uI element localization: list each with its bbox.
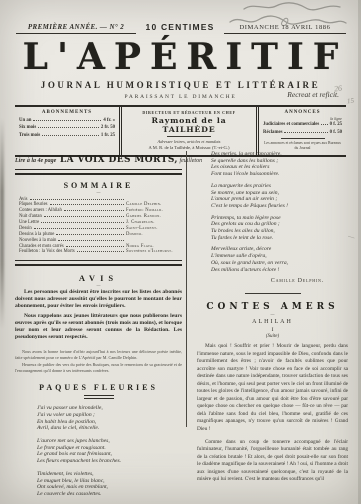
abonnement-row: Six mois 2 fr. 50 [19, 124, 115, 131]
date-line: DIMANCHE 18 AVRIL 1886 [224, 24, 346, 34]
divider-rule [167, 136, 211, 137]
avis-paragraph: Nous rappelons aux jeunes littérateurs q… [15, 313, 182, 341]
dot-leader [30, 199, 124, 200]
column-divider [186, 151, 187, 427]
abonnements-cell: ABONNEMENTS Un an 4 fr. » Six mois 2 fr.… [15, 107, 119, 155]
price-line: 10 CENTIMES [146, 22, 215, 34]
short-rule [84, 395, 114, 399]
left-edge-shadow [0, 118, 4, 328]
toc-row: Feuilleton : la Voix des MortsSosthènes … [19, 249, 182, 255]
annonce-price: 0 f. 50 [330, 129, 342, 136]
dot-leader [44, 216, 124, 217]
toc-author: Domino. [126, 232, 182, 238]
poem-stanza: Des merles, la gent cancanière, Se quere… [211, 151, 348, 178]
story-paragraph: Comme dans un coup de tonnerre accompagn… [197, 439, 348, 484]
poem-stanza: Timidement, les violettes, Le muguet ble… [37, 471, 182, 498]
director-name: Raymond de la TAILHÈDE [126, 116, 252, 134]
dot-leader [50, 204, 124, 205]
dash-ornament: — [197, 312, 348, 316]
dot-leader [77, 251, 124, 252]
dot-leader [56, 234, 124, 235]
direction-note: Adresser lettres, articles et mandats [126, 139, 252, 144]
poem-stanza: L'aurore met ses jupes blanches, Le fron… [37, 438, 182, 465]
dot-leader [66, 246, 124, 247]
dot-leader [284, 132, 327, 133]
dot-leader [41, 222, 124, 223]
toc-title: Feuilleton : la Voix des Morts [19, 249, 75, 255]
right-column: Des merles, la gent cancanière, Se quere… [197, 149, 348, 489]
abonnement-price: 2 fr. 50 [101, 124, 115, 131]
poem-stanza: J'ai vu passer une hirondelle, J'ai vu v… [37, 405, 182, 432]
abonnement-row: Un an 4 fr. » [19, 117, 115, 124]
direction-cell: DIRECTEUR ET RÉDACTEUR EN CHEF Raymond d… [119, 107, 256, 155]
paper-subtitle: JOURNAL HUMORISTIQUE ET LITTÉRAIRE [0, 80, 361, 90]
dot-leader [58, 240, 124, 241]
direction-role: DIRECTEUR ET RÉDACTEUR EN CHEF [126, 110, 252, 115]
dot-leader [42, 135, 99, 136]
poem-stanza: Printemps, ta main légère pose Des grelo… [211, 215, 348, 242]
abonnement-label: Un an [19, 117, 31, 124]
issue-line: PREMIÈRE ANNÉE. — N° 2 [16, 23, 136, 34]
poem-stanza: Merveilleux artiste, décore L'immense sa… [211, 246, 348, 273]
motto: Recreat et reficit. [287, 90, 339, 99]
dot-leader [33, 120, 101, 121]
double-rule [15, 169, 182, 175]
annonces-cell: ANNONCES la ligne Judiciaires et commerc… [256, 107, 346, 155]
poem-stanza: La marguerite des prairies Se montre, un… [211, 183, 348, 210]
contes-subtitle: ALHILAH [197, 319, 348, 325]
avis-paragraph: Les personnes qui désirent être inscrite… [15, 289, 182, 310]
left-column: Lire à la 4e page LA VOIX DES MORTS, feu… [15, 149, 182, 498]
dot-leader [38, 127, 99, 128]
abonnement-label: Trois mois [19, 132, 40, 139]
feuilleton-banner: Lire à la 4e page LA VOIX DES MORTS, feu… [15, 149, 182, 167]
dash-ornament: — [15, 190, 182, 194]
annonce-label: Réclames [263, 129, 282, 136]
feuilleton-title: LA VOIX DES MORTS, [56, 155, 178, 165]
abonnement-label: Six mois [19, 124, 36, 131]
divider-rule [281, 138, 325, 139]
poem-signature: Camille Delphin. [197, 278, 324, 284]
annonce-row: Judiciaires et commerciales 0 f. 25 [263, 121, 342, 128]
abonnement-row: Trois mois 1 fr. 25 [19, 132, 115, 139]
story-paragraph: Mais quoi ! Souffrir et prier ! Mourir d… [197, 343, 348, 433]
annonces-heading: ANNONCES [263, 110, 342, 115]
paper-title: L'APÉRITIF [0, 36, 361, 78]
double-rule [15, 260, 182, 266]
abonnement-price: 1 fr. 25 [101, 132, 115, 139]
editor-note: Nous avons la bonne fortune d'offrir auj… [15, 349, 182, 360]
header-row: PREMIÈRE ANNÉE. — N° 2 10 CENTIMES DIMAN… [16, 22, 346, 34]
dot-leader [64, 210, 124, 211]
contes-suite: (Suite) [197, 334, 348, 339]
poem-heading: PAQUES FLEURIES [15, 383, 182, 392]
feuilleton-prefix: Lire à la 4e page [15, 158, 56, 164]
annonce-row: Réclames 0 f. 50 [263, 129, 342, 136]
dot-leader [34, 228, 124, 229]
annonce-price: 0 f. 25 [330, 121, 342, 128]
abonnements-heading: ABONNEMENTS [19, 110, 115, 115]
section-rule [245, 293, 301, 294]
abonnement-price: 4 fr. » [103, 117, 115, 124]
table-of-contents: Avis Pâques fleuriesCamille Delphin. Con… [19, 197, 182, 256]
editor-note: Heureux de publier des vers du poète des… [15, 362, 182, 373]
toc-author: Sosthènes d'Illehurst. [126, 249, 182, 255]
contes-part: I [197, 327, 348, 333]
annonce-label: Judiciaires et commerciales [263, 121, 319, 128]
dot-leader [321, 124, 327, 125]
dash-ornament: — [15, 283, 182, 287]
